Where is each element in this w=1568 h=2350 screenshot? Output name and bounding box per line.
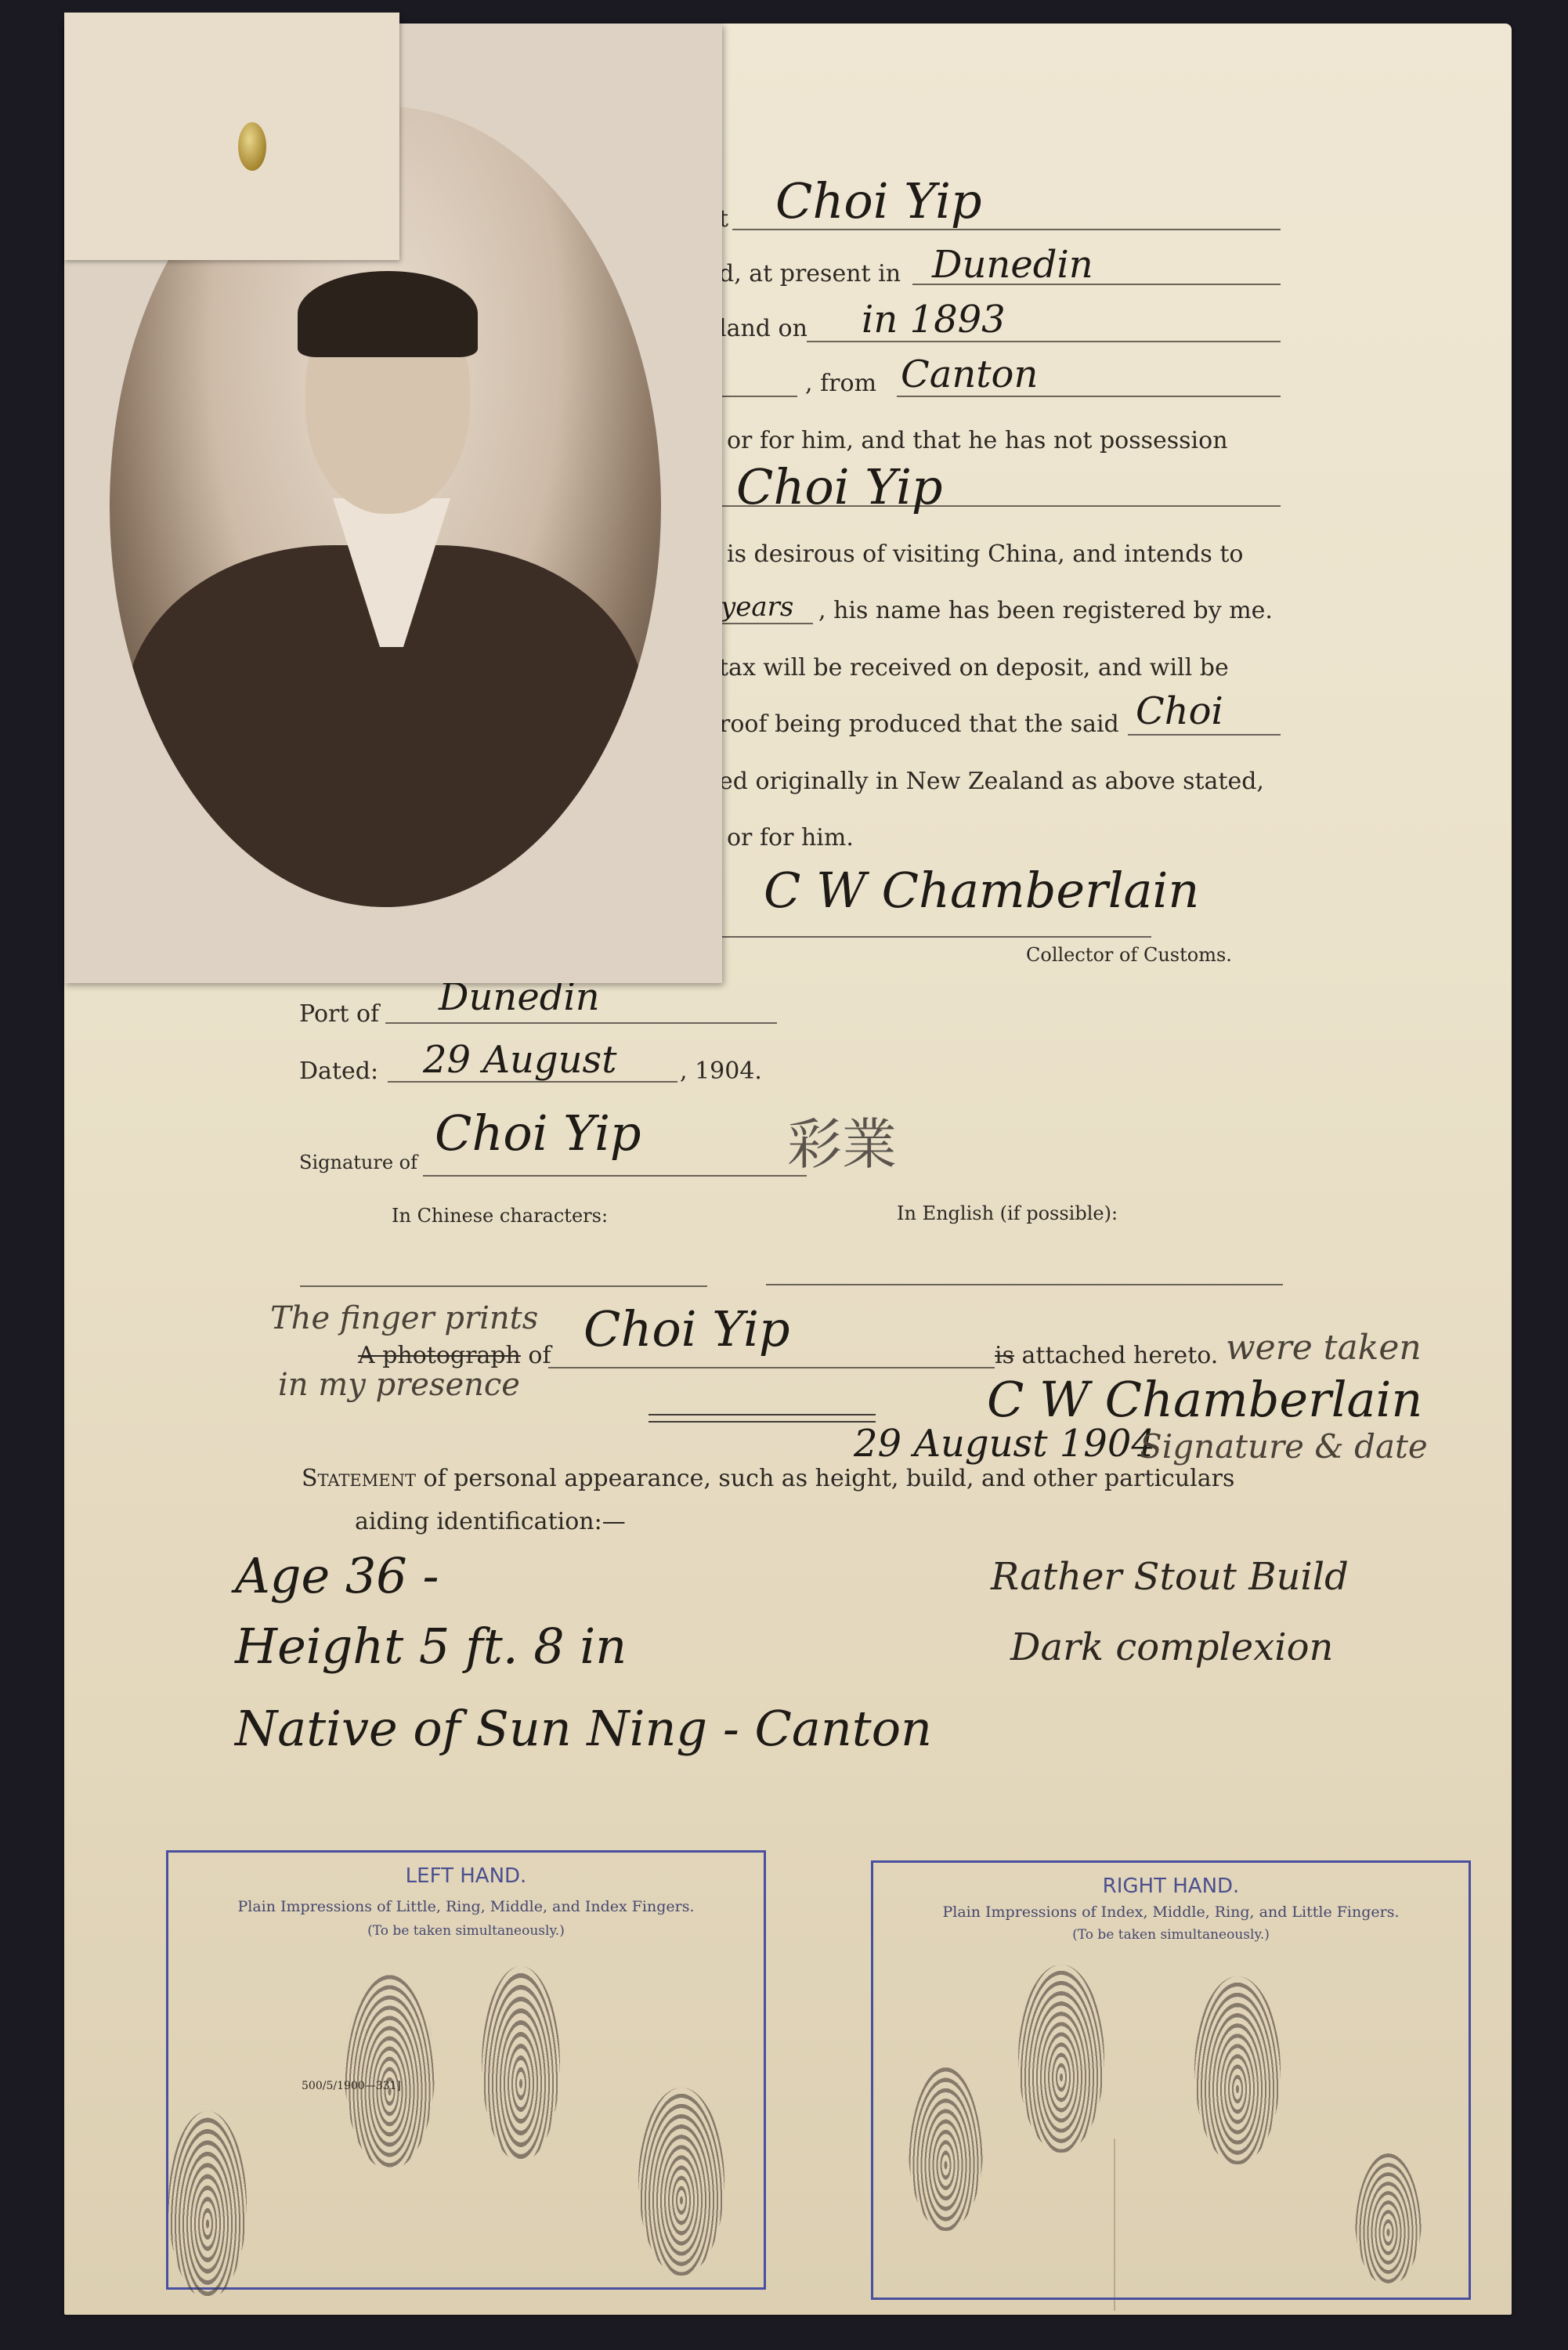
fingerprint-left-middle [482, 1966, 560, 2162]
particular-complexion: Dark complexion [1010, 1625, 1333, 1669]
right-hand-note: (To be taken simultaneously.) [873, 1927, 1469, 1943]
form-line-3-arrival: in 1893 [862, 298, 1006, 342]
photograph-struck: A photograph [358, 1342, 521, 1369]
form-line-2-printed: d, at present in [719, 260, 901, 287]
statement-label-2: aiding identification:— [355, 1508, 626, 1535]
signature-rule [423, 1175, 807, 1177]
photograph-label: A photograph of [358, 1342, 551, 1369]
statement-label: Statement of personal appearance, such a… [302, 1465, 1234, 1492]
signature-label: Signature of [299, 1151, 417, 1173]
english-label: In English (if possible): [897, 1202, 1118, 1224]
brass-rivet-icon [238, 122, 266, 171]
form-line-4-origin: Canton [901, 352, 1038, 396]
fingerprint-left-little [168, 2111, 247, 2299]
applicant-signature: Choi Yip [435, 1104, 641, 1162]
form-line-10-name: Choi [1136, 689, 1223, 733]
form-line-3-printed: land on [719, 315, 807, 342]
double-rule-1 [649, 1414, 876, 1415]
form-line-11-printed: ed originally in New Zealand as above st… [719, 768, 1264, 795]
photograph-of: of [528, 1342, 551, 1369]
right-hand-fingerprint-box: RIGHT HAND. Plain Impressions of Index, … [871, 1860, 1471, 2300]
form-line-4-rule-a [719, 396, 797, 397]
collector-signature: C W Chamberlain [764, 862, 1199, 919]
english-rule [766, 1284, 1283, 1285]
chinese-characters-label: In Chinese characters: [392, 1205, 608, 1227]
form-line-5-printed: or for him, and that he has not possessi… [727, 427, 1228, 454]
form-line-1-name: Choi Yip [775, 172, 982, 230]
applicant-signature-chinese: 彩業 [787, 1101, 897, 1180]
annotation-were-taken: were taken [1226, 1328, 1422, 1368]
attached-hereto: is attached hereto. [995, 1342, 1218, 1369]
fingerprint-witness-note: Signature & date [1140, 1427, 1428, 1466]
dated-value: 29 August [423, 1038, 616, 1082]
photo-mount-tab [64, 13, 399, 260]
right-hand-title: RIGHT HAND. [873, 1875, 1469, 1898]
fingerprint-left-ring [345, 1974, 435, 2170]
fingerprint-witness-date: 29 August 1904 [854, 1422, 1155, 1466]
collector-title: Collector of Customs. [1026, 944, 1232, 966]
form-line-8-rule [719, 623, 813, 624]
printer-code: 500/5/1900—331] [302, 2080, 401, 2092]
particular-build: Rather Stout Build [991, 1555, 1349, 1599]
right-hand-subtitle: Plain Impressions of Index, Middle, Ring… [873, 1903, 1469, 1921]
dated-label: Dated: [299, 1057, 378, 1085]
statement-label-rest: of personal appearance, such as height, … [424, 1465, 1235, 1492]
form-line-7-printed: is desirous of visiting China, and inten… [727, 540, 1243, 568]
fingerprint-witness-signature: C W Chamberlain [987, 1371, 1422, 1428]
photograph-name-rule [548, 1367, 995, 1368]
statement-label-caps: Statement [302, 1465, 416, 1492]
double-rule-2 [649, 1421, 876, 1423]
form-line-10-printed: roof being produced that the said [719, 710, 1119, 738]
form-line-8-handwritten: years [721, 591, 793, 623]
portrait-hair [298, 271, 478, 357]
attached-hereto-text: attached hereto. [1022, 1342, 1219, 1369]
form-line-9-printed: tax will be received on deposit, and wil… [719, 654, 1229, 681]
particular-height: Height 5 ft. 8 in [235, 1618, 627, 1675]
particular-native: Native of Sun Ning - Canton [235, 1700, 932, 1757]
collector-signature-rule [721, 936, 1151, 938]
annotation-in-presence: in my presence [278, 1367, 520, 1403]
photograph-name: Choi Yip [583, 1300, 790, 1358]
left-hand-subtitle: Plain Impressions of Little, Ring, Middl… [168, 1898, 764, 1915]
dated-year: , 1904. [680, 1057, 762, 1085]
form-line-2-place: Dunedin [932, 243, 1093, 287]
chinese-characters-rule [300, 1285, 707, 1287]
fingerprint-right-middle [1194, 1976, 1281, 2164]
fingerprint-right-little [1355, 2153, 1422, 2286]
particular-age: Age 36 - [235, 1547, 439, 1604]
left-hand-title: LEFT HAND. [168, 1864, 764, 1888]
form-line-4-printed: , from [805, 370, 876, 397]
form-line-10-rule [1128, 734, 1281, 736]
annotation-fingerprints: The finger prints [270, 1300, 538, 1336]
form-line-8-printed: , his name has been registered by me. [818, 597, 1273, 624]
fingerprint-right-little-partial [909, 2066, 983, 2231]
form-line-12-printed: or for him. [727, 824, 854, 851]
fingerprint-right-index [1018, 1965, 1104, 2153]
port-label: Port of [299, 1000, 379, 1028]
fingerprint-left-index [638, 2088, 724, 2276]
left-hand-fingerprint-box: LEFT HAND. Plain Impressions of Little, … [166, 1850, 766, 2290]
left-hand-note: (To be taken simultaneously.) [168, 1923, 764, 1939]
struck-is: is [995, 1342, 1014, 1369]
port-rule [385, 1022, 777, 1024]
form-line-6-name: Choi Yip [736, 458, 943, 515]
